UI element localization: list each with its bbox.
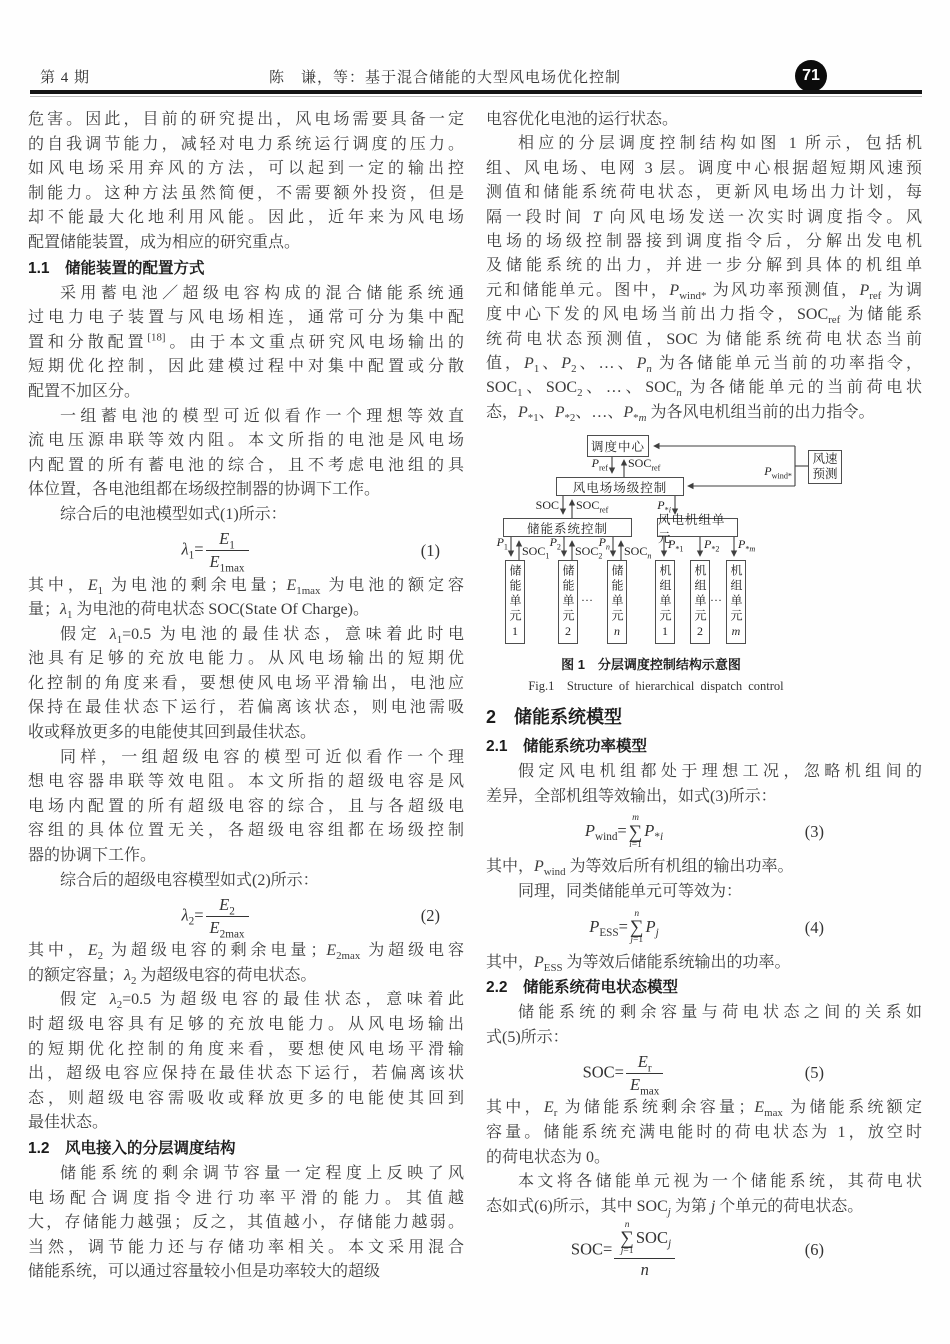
text-line: 容量。储能系统充满电能时的荷电状态为 1，放空时 xyxy=(486,1121,922,1146)
text-line: 的荷电状态为 0。 xyxy=(486,1146,922,1171)
box-turbine-unit-1: 机组单元1 xyxy=(655,560,675,644)
text-line: 值，P1、P2、…、Pn 为各储能单元当前的功率指令， xyxy=(486,352,922,376)
text-line: 过电力电子装置与风电场相连，通常可分为集中配 xyxy=(28,306,464,331)
page-number: 71 xyxy=(802,67,820,85)
text-line: 短期优化控制，因此建模过程中对集中配置或分散 xyxy=(28,355,464,380)
box-wind-forecast: 风速预测 xyxy=(808,450,842,484)
text-line: 态如式(6)所示，其中 SOCj 为第 j 个单元的荷电状态。 xyxy=(486,1195,922,1220)
text-line: 假定 λ2=0.5 为超级电容的最佳状态，意味着此 xyxy=(28,988,464,1013)
text-line: 一组蓄电池的模型可近似看作一个理想等效直 xyxy=(28,405,464,430)
label-p-star-i: P*i xyxy=(642,498,671,513)
box-farm-level-control: 风电场场级控制 xyxy=(556,477,684,496)
text-line: 储能系统，可以通过容量较小但是功率较大的超级 xyxy=(28,1260,464,1285)
text-line: 态，P*1、P*2、…、P*m 为各风电机组当前的出力指令。 xyxy=(486,401,922,425)
label-p-star-1: P*1 xyxy=(668,537,684,552)
equation: Pwind=m∑i=1P*i(3) xyxy=(486,809,922,855)
text-line: 其中，Pwind 为等效后所有机组的输出功率。 xyxy=(486,855,922,880)
text-line: 储能系统的剩余调节容量一定程度上反映了风 xyxy=(28,1162,464,1187)
text-line: 流电压源串联等效内阻。本文所指的电池是风电场 xyxy=(28,429,464,454)
text-line: 测值和储能系统荷电状态，更新风电场出力计划，每 xyxy=(486,181,922,205)
text-line: 危害。因此，目前的研究提出，风电场需要具备一定 xyxy=(28,108,464,133)
label-pn: Pn xyxy=(589,535,610,550)
equation: SOC=ErEmax(5) xyxy=(486,1050,922,1096)
equation-number: (5) xyxy=(805,1063,824,1083)
text-line: 却不能最大化地利用风能。因此，近年来为风电场 xyxy=(28,206,464,231)
equation-body: Pwind=m∑i=1P*i xyxy=(585,814,663,850)
equation-body: SOC=ErEmax xyxy=(583,1052,666,1095)
equation-body: SOC=n∑j=1SOCjn xyxy=(571,1221,677,1280)
figure-caption-cn: 图 1 分层调度控制结构示意图 xyxy=(486,654,816,673)
label-socn: SOCn xyxy=(624,544,651,559)
equation-body: λ2=E2E2max xyxy=(181,895,250,938)
ellipsis-storage: … xyxy=(581,590,593,605)
equation: SOC=n∑j=1SOCjn(6) xyxy=(486,1219,922,1281)
equation-body: λ1=E1E1max xyxy=(181,529,250,572)
text-line: 其中，PESS 为等效后储能系统输出的功率。 xyxy=(486,951,922,976)
box-ess-control: 储能系统控制 xyxy=(503,518,632,537)
text-line: 组、风电场、电网 3 层。调度中心根据超短期风速预 xyxy=(486,157,922,181)
label-soc-ref-mid: SOCref xyxy=(576,498,608,513)
text-line: 大，存储能力越强；反之，其值越小，存储能力越弱。 xyxy=(28,1211,464,1236)
text-line: 其中，E2 为超级电容的剩余电量；E2max 为超级电容 xyxy=(28,939,464,964)
text-line: 电场内配置的所有超级电容的综合，且与各超级电 xyxy=(28,795,464,820)
text-line: 器的协调下工作。 xyxy=(28,844,464,869)
text-line: 采用蓄电池／超级电容构成的混合储能系统通 xyxy=(28,282,464,307)
label-p2: P2 xyxy=(540,535,561,550)
equation-number: (4) xyxy=(805,918,824,938)
text-line: 假定 λ1=0.5 为电池的最佳状态，意味着此时电 xyxy=(28,623,464,648)
text-line: 制能力。这种方法虽然简便，不需要额外投资，但是 xyxy=(28,182,464,207)
text-line: 内配置的所有蓄电池的综合，且不考虑电池组的具 xyxy=(28,454,464,479)
header-rule xyxy=(30,90,922,94)
text-line: 置和分散配置[18]。由于本文重点研究风电场输出的 xyxy=(28,331,464,356)
text-line: 如风电场采用弃风的方法，可以起到一定的输出控 xyxy=(28,157,464,182)
right-column: 电容优化电池的运行状态。相应的分层调度控制结构如图 1 所示，包括机组、风电场、… xyxy=(486,108,922,1281)
text-line: 其中，Er 为储能系统剩余容量；Emax 为储能系统额定 xyxy=(486,1096,922,1121)
text-line: SOC1、SOC2、…、SOCn 为各储能单元的当前荷电状 xyxy=(486,376,922,400)
text-line: 配置储能装置，成为相应的研究重点。 xyxy=(28,231,464,256)
equation-number: (6) xyxy=(805,1240,824,1260)
box-storage-unit-1: 储能单元1 xyxy=(505,560,525,644)
box-storage-unit-n: 储能单元n xyxy=(607,560,627,644)
label-soc: SOC xyxy=(526,498,559,513)
text-line: 出，超级电容应保持在最佳状态下运行，若偏离该状 xyxy=(28,1062,464,1087)
text-line: 式(5)所示： xyxy=(486,1026,922,1051)
box-turbine-unit-2: 机组单元2 xyxy=(690,560,710,644)
left-column: 危害。因此，目前的研究提出，风电场需要具备一定的自我调节能力，减轻对电力系统运行… xyxy=(28,108,464,1285)
journal-page: 第 4 期 陈 谦，等：基于混合储能的大型风电场优化控制 71 危害。因此，目前… xyxy=(0,0,950,1344)
section-heading: 1.2 风电接入的分层调度结构 xyxy=(28,1136,464,1162)
ellipsis-turbine: … xyxy=(710,590,722,605)
text-line: 其中，E1 为电池的剩余电量；E1max 为电池的额定容 xyxy=(28,574,464,599)
text-line: 体位置，各电池组都在场级控制器的协调下工作。 xyxy=(28,478,464,503)
text-line: 储能系统的剩余容量与荷电状态之间的关系如 xyxy=(486,1001,922,1026)
page-number-badge: 71 xyxy=(795,60,827,92)
text-line: 的自我调节能力，减轻对电力系统运行调度的压力。 xyxy=(28,133,464,158)
figure-caption-en: Fig.1 Structure of hierarchical dispatch… xyxy=(486,676,826,694)
text-line: 综合后的电池模型如式(1)所示： xyxy=(28,503,464,528)
section-heading: 2.1 储能系统功率模型 xyxy=(486,734,922,760)
text-line: 电场配合调度指令进行功率平滑的能力。其值越 xyxy=(28,1187,464,1212)
running-title: 陈 谦，等：基于混合储能的大型风电场优化控制 xyxy=(0,66,890,87)
text-line: 保持在最佳状态下运行，若偏离该状态，则电池需吸 xyxy=(28,696,464,721)
equation-number: (3) xyxy=(805,822,824,842)
right-column-bottom-text: 2 储能系统模型2.1 储能系统功率模型假定风电机组都处于理想工况，忽略机组间的… xyxy=(486,700,922,1281)
text-line: 收或释放更多的电能使其回到最佳状态。 xyxy=(28,721,464,746)
label-p-ref: Pref xyxy=(572,456,608,471)
text-line: 假定风电机组都处于理想工况，忽略机组间的 xyxy=(486,760,922,785)
text-line: 元和储能单元。图中，Pwind* 为风功率预测值，Pref 为调 xyxy=(486,279,922,303)
section-heading: 1.1 储能装置的配置方式 xyxy=(28,256,464,282)
label-p1: P1 xyxy=(487,535,508,550)
equation-number: (2) xyxy=(421,906,440,926)
text-line: 池具有足够的充放电能力。从风电场输出的短期优 xyxy=(28,647,464,672)
text-line: 想电容器串联等效电阻。本文所指的超级电容是风 xyxy=(28,770,464,795)
text-line: 态，则超级电容需吸收或释放更多的电能使其回到 xyxy=(28,1087,464,1112)
text-line: 差异，全部机组等效输出，如式(3)所示： xyxy=(486,785,922,810)
box-turbine-unit-m: 机组单元m xyxy=(726,560,746,644)
equation: λ2=E2E2max(2) xyxy=(28,893,464,939)
text-line: 当然，调节能力还与存储功率相关。本文采用混合 xyxy=(28,1236,464,1261)
equation: λ1=E1E1max(1) xyxy=(28,528,464,574)
section-heading: 2.2 储能系统荷电状态模型 xyxy=(486,975,922,1001)
text-line: 隔一段时间 T 向风电场发送一次实时调度指令。风 xyxy=(486,206,922,230)
label-p-star-m: P*m xyxy=(738,537,755,552)
text-line: 电场的场级控制器接到调度指令后，分解出发电机 xyxy=(486,230,922,254)
box-storage-unit-2: 储能单元2 xyxy=(558,560,578,644)
text-line: 化控制的角度来看，要想使风电场平滑输出，电池应 xyxy=(28,672,464,697)
figure-1: 调度中心 风速预测 风电场场级控制 储能系统控制 风电机组单元 储能单元1 储能… xyxy=(486,428,922,700)
label-soc-ref-top: SOCref xyxy=(628,456,660,471)
text-line: 同样，一组超级电容的模型可近似看作一个理 xyxy=(28,746,464,771)
text-line: 最佳状态。 xyxy=(28,1111,464,1136)
text-line: 同理，同类储能单元可等效为： xyxy=(486,880,922,905)
text-line: 及储能系统的出力，并进一步分解到具体的机组单 xyxy=(486,254,922,278)
text-line: 电容优化电池的运行状态。 xyxy=(486,108,922,132)
section-heading: 2 储能系统模型 xyxy=(486,700,922,734)
label-p-star-2: P*2 xyxy=(704,537,720,552)
text-line: 本文将各储能单元视为一个储能系统，其荷电状 xyxy=(486,1170,922,1195)
text-line: 容组的具体位置无关，各超级电容组都在场级控制 xyxy=(28,819,464,844)
equation-number: (1) xyxy=(421,541,440,561)
header-rule-shadow xyxy=(30,96,922,97)
box-turbine-units: 风电机组单元 xyxy=(657,518,738,537)
text-line: 综合后的超级电容模型如式(2)所示： xyxy=(28,869,464,894)
label-p-wind: Pwind* xyxy=(746,464,792,479)
text-line: 的短期优化控制的角度来看，要想使风电场平滑输 xyxy=(28,1038,464,1063)
box-dispatch-center: 调度中心 xyxy=(587,435,649,457)
text-line: 的额定容量；λ2 为超级电容的荷电状态。 xyxy=(28,964,464,989)
text-line: 配置不加区分。 xyxy=(28,380,464,405)
right-column-top-text: 电容优化电池的运行状态。相应的分层调度控制结构如图 1 所示，包括机组、风电场、… xyxy=(486,108,922,425)
equation: PESS=n∑j=1Pj(4) xyxy=(486,905,922,951)
text-line: 时超级电容具有足够的充放电能力。从风电场输出 xyxy=(28,1013,464,1038)
text-line: 相应的分层调度控制结构如图 1 所示，包括机 xyxy=(486,132,922,156)
text-line: 统荷电状态预测值，SOC 为储能系统荷电状态当前 xyxy=(486,328,922,352)
text-line: 量；λ1 为电池的荷电状态 SOC(State Of Charge)。 xyxy=(28,598,464,623)
equation-body: PESS=n∑j=1Pj xyxy=(589,910,659,946)
text-line: 度中心下发的风电场当前出力指令，SOCref 为储能系 xyxy=(486,303,922,327)
